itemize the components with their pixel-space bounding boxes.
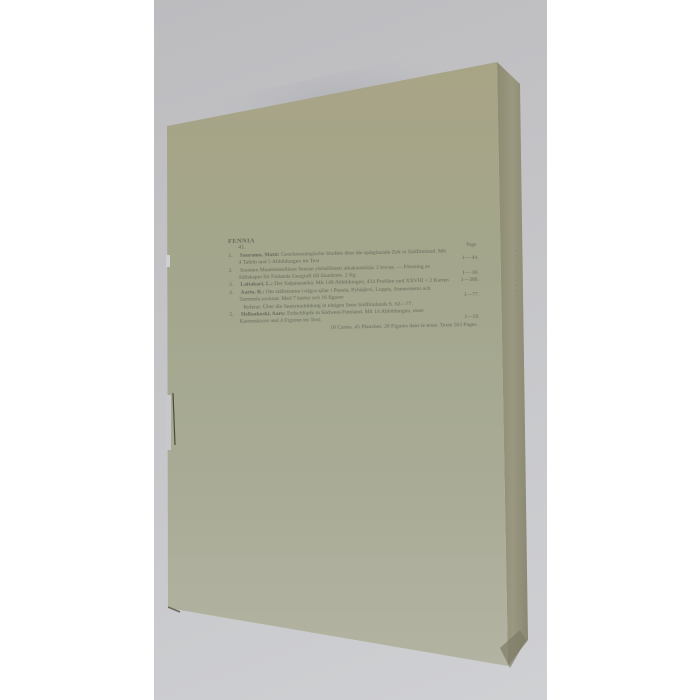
entry-author: Laitakari, L.:: [240, 282, 273, 289]
book-illustration: [154, 0, 547, 700]
cover-contents: FENNIA 41. Page 1. Sauramo, Matti: Geoch…: [228, 233, 480, 334]
product-photo: [154, 0, 547, 700]
cover-notch: [166, 395, 171, 450]
entry-pages: 1—18.: [464, 314, 480, 322]
entry-author: Aario, R.:: [240, 289, 264, 295]
entry-author: Sauramo, Matti:: [240, 252, 280, 259]
entry-title: Om ställstrarna i några sjöar i Pusula, …: [239, 286, 430, 303]
spine-label: · · · · · · · · · · · ·: [513, 250, 518, 307]
entry-pages: 1—77.: [464, 292, 480, 300]
book-cover: [167, 62, 508, 666]
cover-notch: [166, 255, 170, 267]
entry-author: Hellaakoski, Aaro:: [241, 311, 286, 318]
